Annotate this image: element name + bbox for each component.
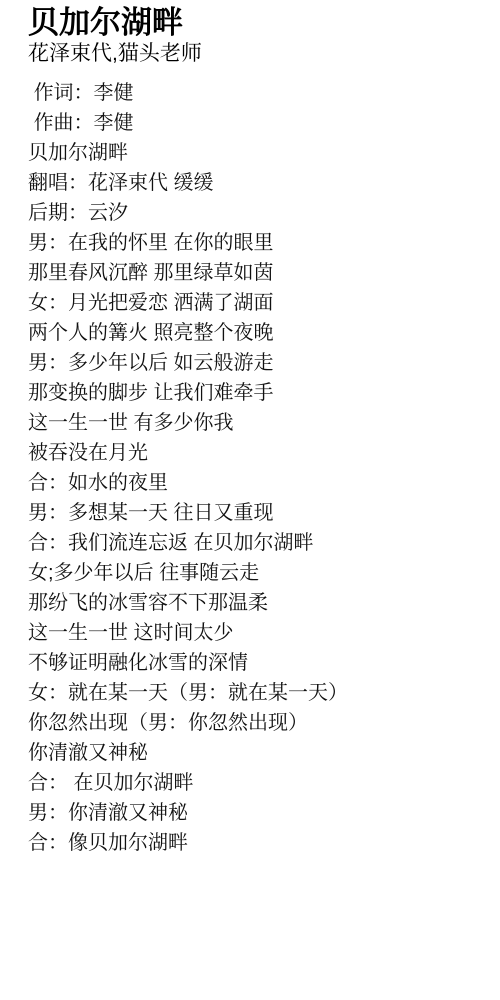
lyric-line: 作曲：李健 [28, 108, 484, 138]
lyric-line: 那变换的脚步 让我们难牵手 [28, 378, 484, 408]
lyric-line: 合：像贝加尔湖畔 [28, 828, 484, 858]
lyric-line: 女;多少年以后 往事随云走 [28, 558, 484, 588]
lyric-line: 男：在我的怀里 在你的眼里 [28, 228, 484, 258]
lyric-line: 这一生一世 有多少你我 [28, 408, 484, 438]
lyric-line: 后期：云汐 [28, 198, 484, 228]
lyric-line: 你忽然出现（男：你忽然出现） [28, 708, 484, 738]
lyrics-list: 作词：李健 作曲：李健贝加尔湖畔翻唱：花泽束代 缓缓后期：云汐男：在我的怀里 在… [28, 78, 484, 858]
lyric-line: 合：如水的夜里 [28, 468, 484, 498]
lyrics-page: 贝加尔湖畔 花泽束代,猫头老师 作词：李健 作曲：李健贝加尔湖畔翻唱：花泽束代 … [0, 0, 500, 858]
lyric-line: 女：月光把爱恋 洒满了湖面 [28, 288, 484, 318]
lyric-line: 你清澈又神秘 [28, 738, 484, 768]
lyric-line: 合：我们流连忘返 在贝加尔湖畔 [28, 528, 484, 558]
song-artists: 花泽束代,猫头老师 [28, 41, 484, 67]
lyric-line: 翻唱：花泽束代 缓缓 [28, 168, 484, 198]
lyric-line: 这一生一世 这时间太少 [28, 618, 484, 648]
lyric-line: 作词：李健 [28, 78, 484, 108]
lyric-line: 那里春风沉醉 那里绿草如茵 [28, 258, 484, 288]
song-title: 贝加尔湖畔 [28, 5, 484, 41]
lyric-line: 被吞没在月光 [28, 438, 484, 468]
lyric-line: 那纷飞的冰雪容不下那温柔 [28, 588, 484, 618]
lyric-line: 男：你清澈又神秘 [28, 798, 484, 828]
lyric-line: 贝加尔湖畔 [28, 138, 484, 168]
lyric-line: 女：就在某一天（男：就在某一天） [28, 678, 484, 708]
lyric-line: 两个人的篝火 照亮整个夜晚 [28, 318, 484, 348]
lyric-line: 合： 在贝加尔湖畔 [28, 768, 484, 798]
lyric-line: 男：多想某一天 往日又重现 [28, 498, 484, 528]
lyric-line: 不够证明融化冰雪的深情 [28, 648, 484, 678]
lyric-line: 男：多少年以后 如云般游走 [28, 348, 484, 378]
